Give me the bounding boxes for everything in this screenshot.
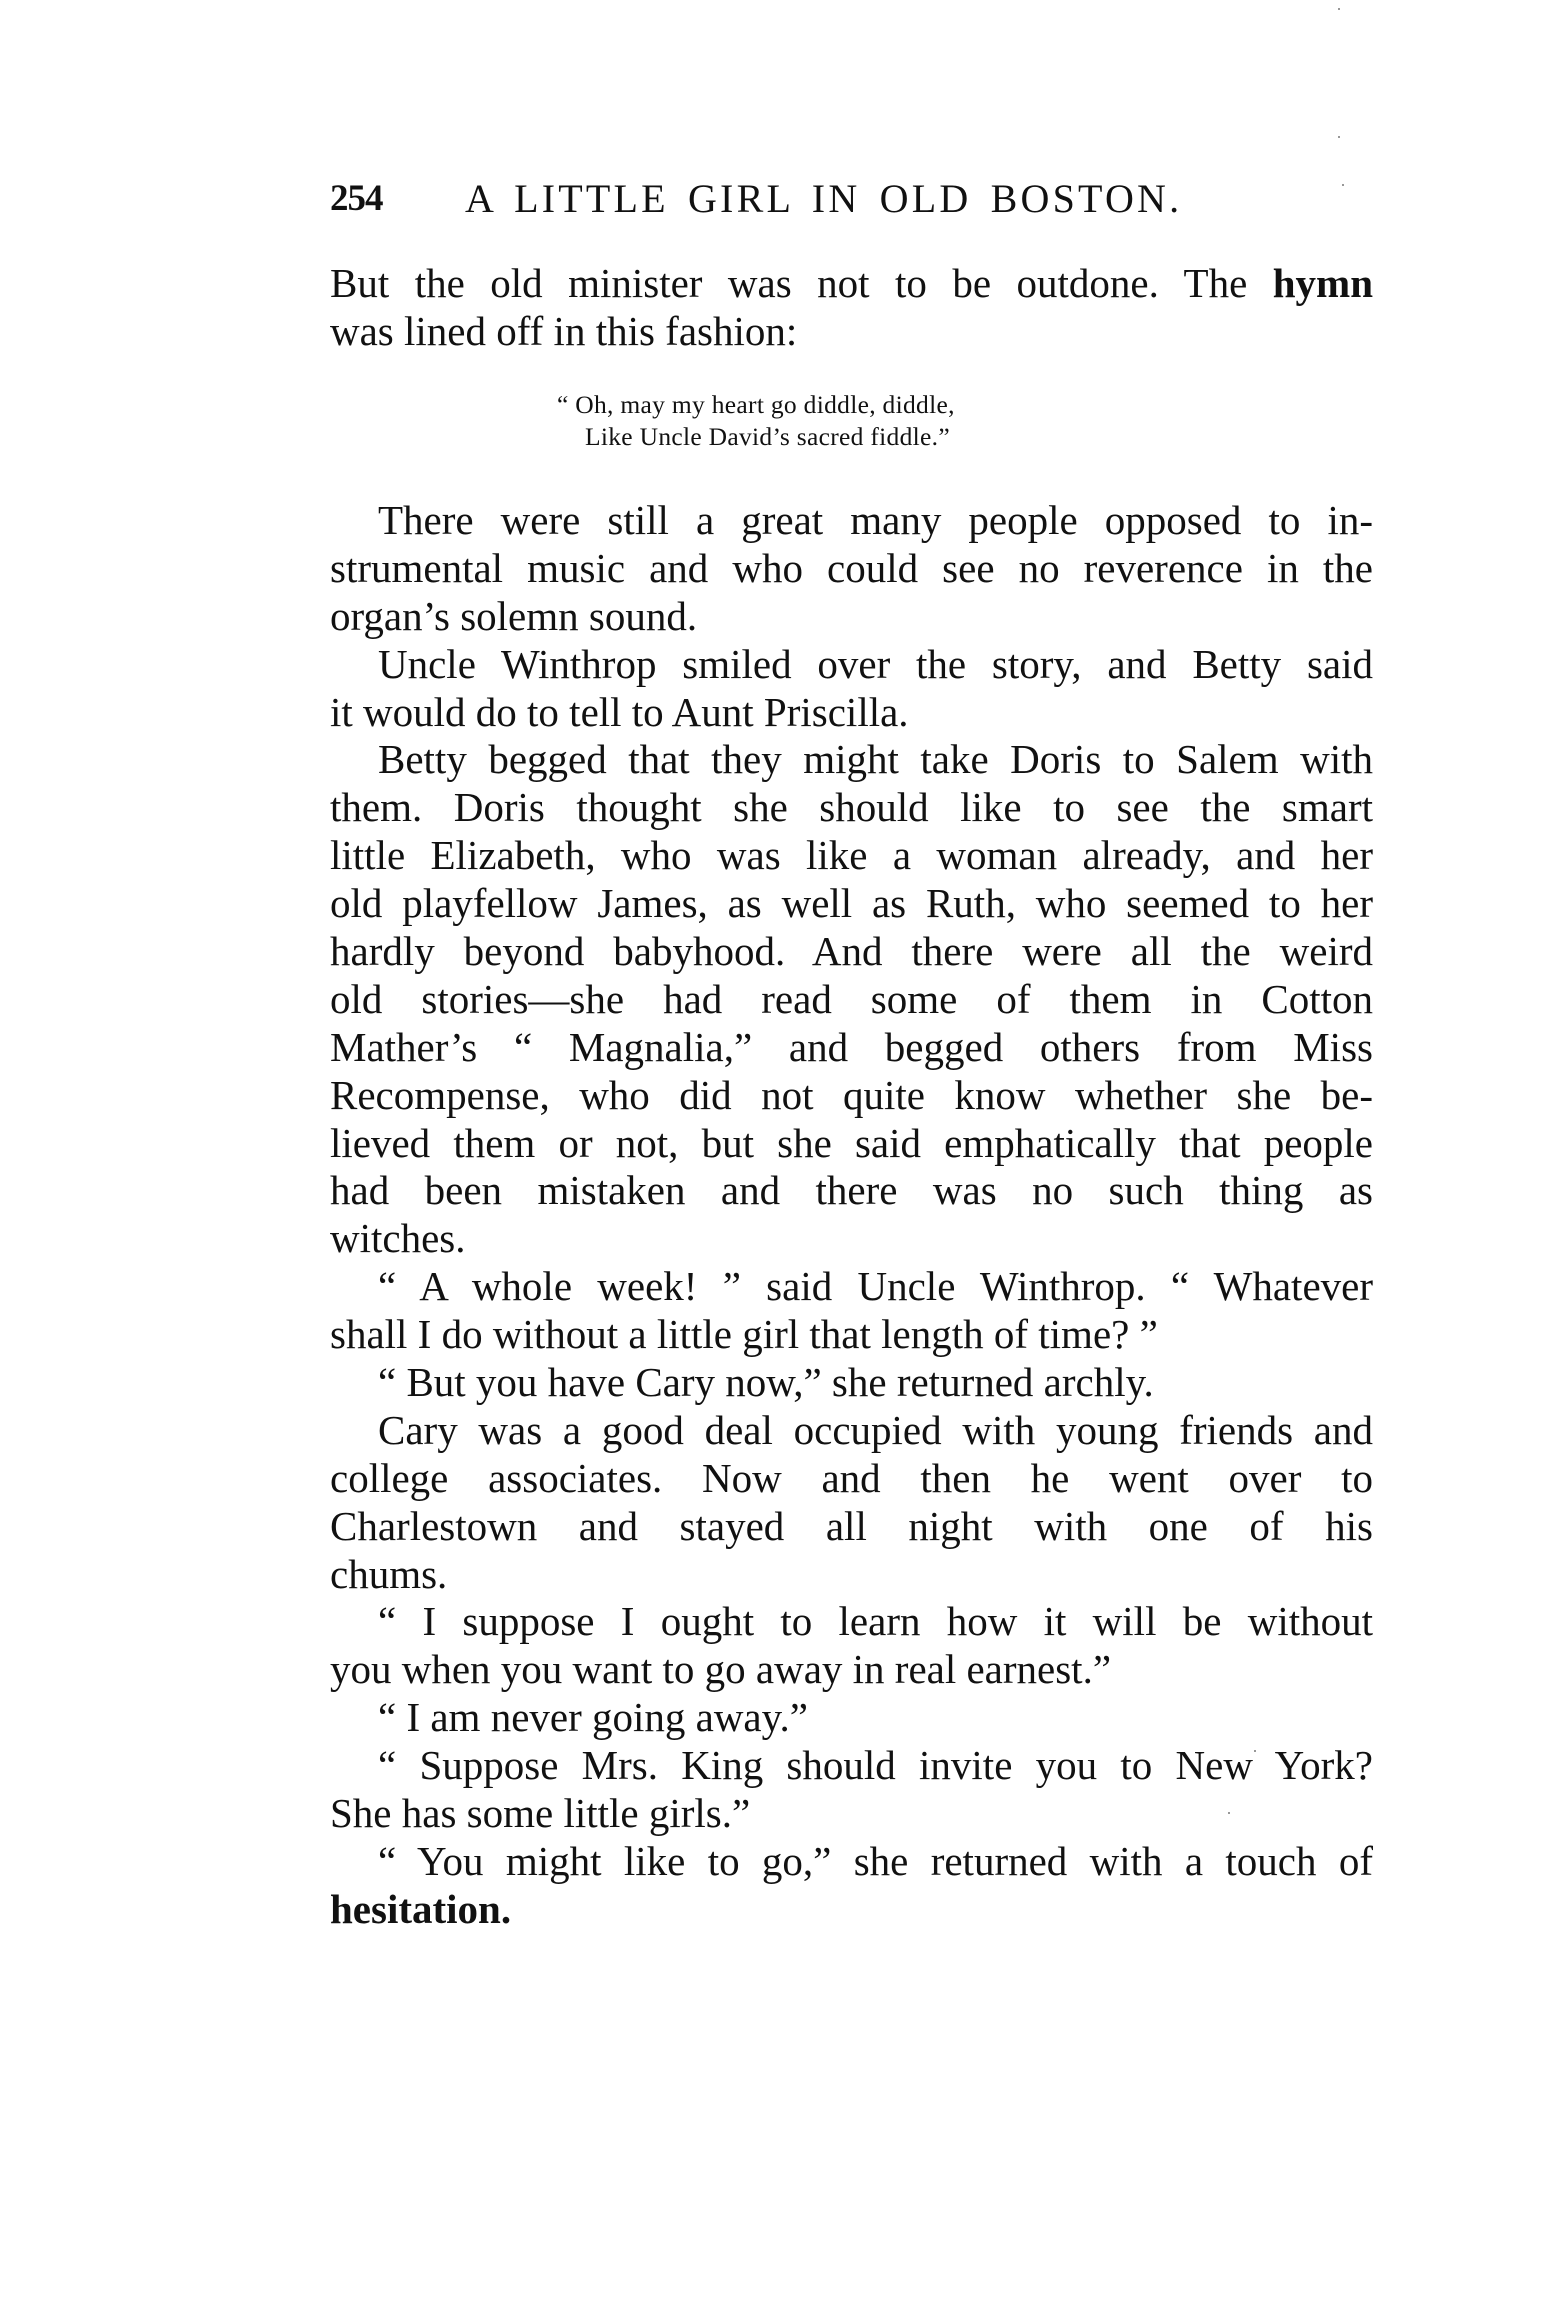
text-line: Recompense, who did not quite know wheth… bbox=[330, 1072, 1373, 1120]
text-line: Betty begged that they might take Doris … bbox=[330, 736, 1373, 784]
text-line: “ But you have Cary now,” she returned a… bbox=[330, 1359, 1373, 1407]
text-line: organ’s solemn sound. bbox=[330, 593, 1373, 641]
body-text: There were still a great many people opp… bbox=[330, 497, 1373, 1934]
text-line: shall I do without a little girl that le… bbox=[330, 1311, 1373, 1359]
text-line: But the old minister was not to be outdo… bbox=[330, 260, 1373, 308]
text-line: “ You might like to go,” she returned wi… bbox=[330, 1838, 1373, 1886]
text-line: Uncle Winthrop smiled over the story, an… bbox=[330, 641, 1373, 689]
text-line: had been mistaken and there was no such … bbox=[330, 1167, 1373, 1215]
text-line: “ Suppose Mrs. King should invite you to… bbox=[330, 1742, 1373, 1790]
text-line: it would do to tell to Aunt Priscilla. bbox=[330, 689, 1373, 737]
text-line: hardly beyond babyhood. And there were a… bbox=[330, 928, 1373, 976]
text-line: old stories—she had read some of them in… bbox=[330, 976, 1373, 1024]
text-line: you when you want to go away in real ear… bbox=[330, 1646, 1373, 1694]
text-line: “ I suppose I ought to learn how it will… bbox=[330, 1598, 1373, 1646]
bold-word: hymn bbox=[1273, 260, 1373, 306]
text-line: strumental music and who could see no re… bbox=[330, 545, 1373, 593]
text-line: “ A whole week! ” said Uncle Winthrop. “… bbox=[330, 1263, 1373, 1311]
text-line: Mather’s “ Magnalia,” and begged others … bbox=[330, 1024, 1373, 1072]
text-line: little Elizabeth, who was like a woman a… bbox=[330, 832, 1373, 880]
book-page: 254 A LITTLE GIRL IN OLD BOSTON. But the… bbox=[0, 0, 1551, 2322]
line-text: But the old minister was not to be outdo… bbox=[330, 260, 1247, 306]
hymn-verse: “ Oh, may my heart go diddle, diddle, Li… bbox=[330, 389, 1373, 453]
text-line: Charlestown and stayed all night with on… bbox=[330, 1503, 1373, 1551]
running-header: 254 A LITTLE GIRL IN OLD BOSTON. bbox=[330, 175, 1373, 223]
text-line: college associates. Now and then he went… bbox=[330, 1455, 1373, 1503]
paragraph-intro: But the old minister was not to be outdo… bbox=[330, 260, 1373, 356]
text-line: chums. bbox=[330, 1551, 1373, 1599]
scan-speck bbox=[1338, 8, 1340, 10]
text-line: Cary was a good deal occupied with young… bbox=[330, 1407, 1373, 1455]
scan-speck bbox=[1338, 136, 1340, 138]
text-line: old playfellow James, as well as Ruth, w… bbox=[330, 880, 1373, 928]
page-number: 254 bbox=[330, 175, 383, 223]
verse-line: “ Oh, may my heart go diddle, diddle, bbox=[330, 389, 1373, 421]
text-line: There were still a great many people opp… bbox=[330, 497, 1373, 545]
text-line: She has some little girls.” bbox=[330, 1790, 1373, 1838]
running-title: A LITTLE GIRL IN OLD BOSTON. bbox=[465, 175, 1182, 223]
text-line: witches. bbox=[330, 1215, 1373, 1263]
text-line: lieved them or not, but she said emphati… bbox=[330, 1120, 1373, 1168]
text-line: them. Doris thought she should like to s… bbox=[330, 784, 1373, 832]
text-line: was lined off in this fashion: bbox=[330, 308, 1373, 356]
text-line: hesitation. bbox=[330, 1886, 1373, 1934]
verse-line: Like Uncle David’s sacred fiddle.” bbox=[330, 421, 1373, 453]
text-line: “ I am never going away.” bbox=[330, 1694, 1373, 1742]
